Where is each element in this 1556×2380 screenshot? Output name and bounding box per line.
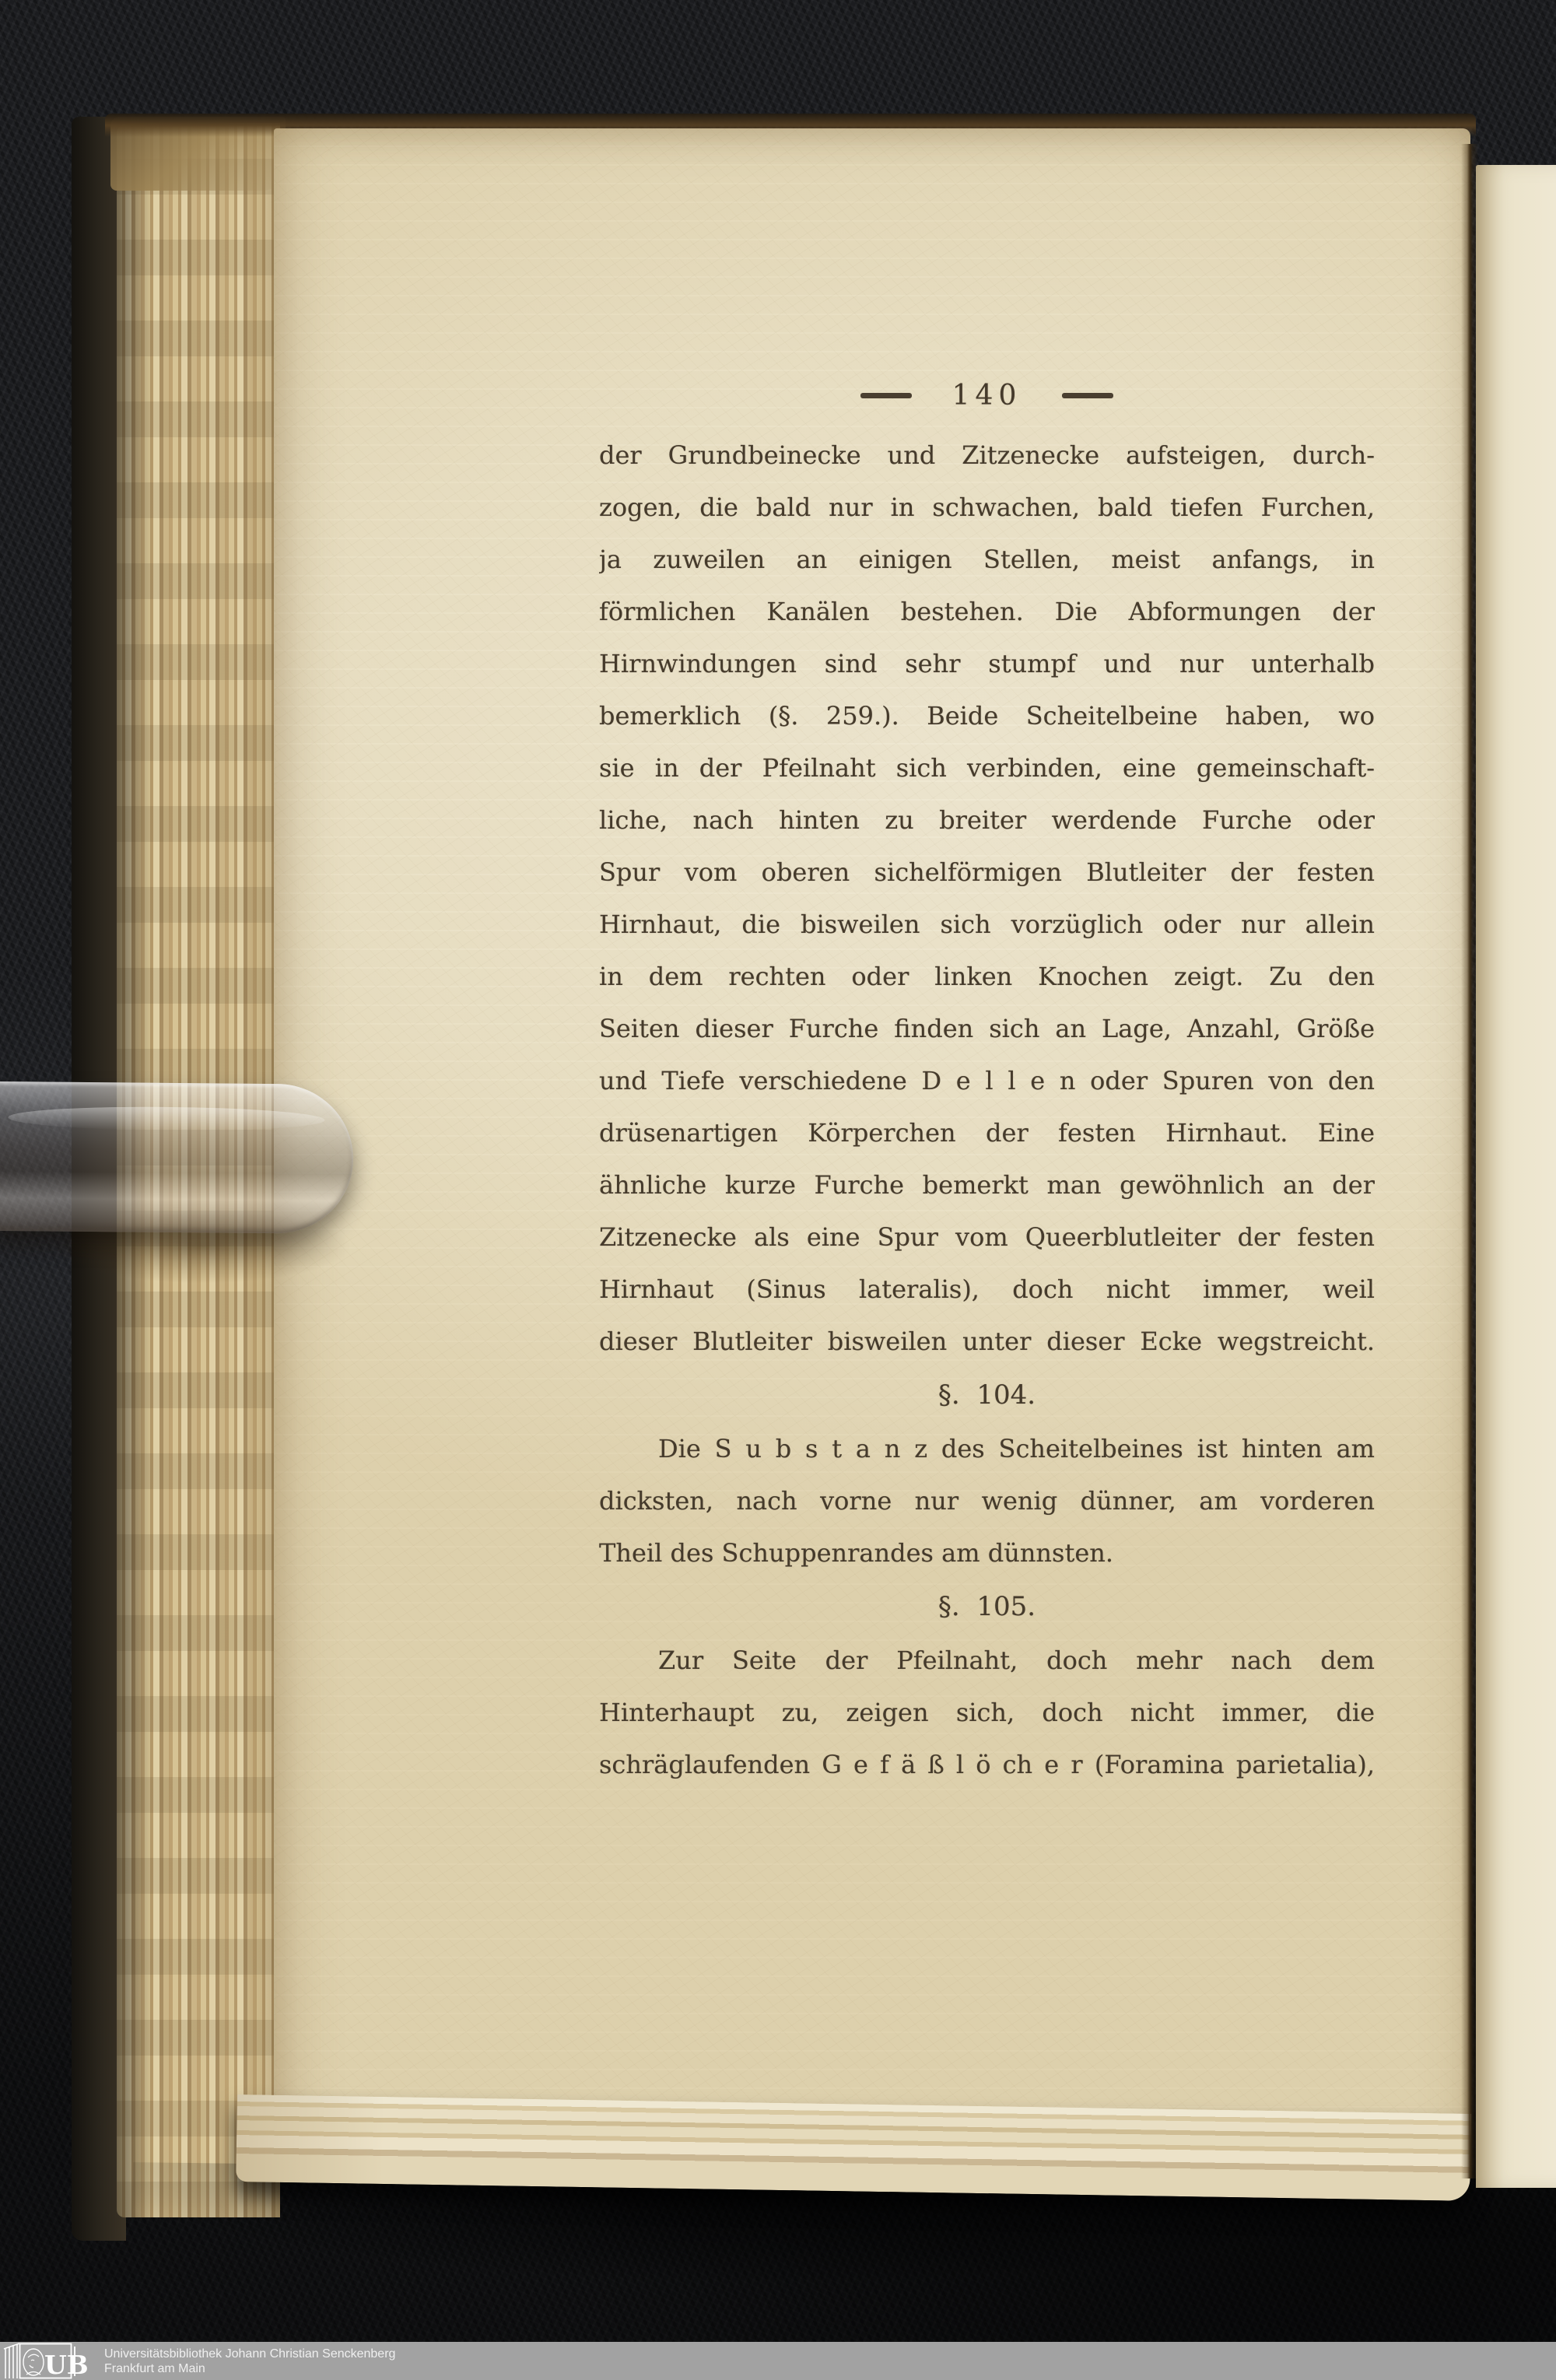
body-text-line: in dem rechten oder linken Knochen zeigt… — [599, 951, 1375, 1003]
logo-ub-text: UB — [44, 2350, 89, 2380]
body-text-line: drüsenartigen Körperchen der festen Hirn… — [599, 1107, 1375, 1159]
facing-page-sliver — [1476, 165, 1556, 2188]
library-location: Frankfurt am Main — [104, 2361, 395, 2376]
book-scan-viewport: 140 der Grundbeinecke und Zitzenecke auf… — [0, 0, 1556, 2380]
body-text-line: Hirnwindungen sind sehr stumpf und nur u… — [599, 638, 1375, 690]
body-text: der Grundbeinecke und Zitzenecke aufstei… — [599, 429, 1375, 1791]
body-text-line: schräglaufenden G e f ä ß l ö ch e r (Fo… — [599, 1739, 1375, 1791]
body-text-line: Seiten dieser Furche finden sich an Lage… — [599, 1003, 1375, 1055]
body-text-line: Hirnhaut (Sinus lateralis), doch nicht i… — [599, 1264, 1375, 1316]
library-watermark-bar: UB Universitätsbibliothek Johann Christi… — [0, 2342, 1556, 2380]
page-number-dash-right — [1062, 393, 1113, 398]
glass-page-weight-rod — [0, 1081, 354, 1234]
body-text-line: ähnliche kurze Furche bemerkt man gewöhn… — [599, 1159, 1375, 1211]
body-text-line: ja zuweilen an einigen Stellen, meist an… — [599, 534, 1375, 586]
body-text-line: sie in der Pfeilnaht sich verbinden, ein… — [599, 742, 1375, 794]
body-text-line: Hinterhaupt zu, zeigen sich, doch nicht … — [599, 1687, 1375, 1739]
page-number: 140 — [599, 362, 1375, 429]
body-text-line: Die S u b s t a n z des Scheitelbeines i… — [599, 1423, 1375, 1475]
book-page: 140 der Grundbeinecke und Zitzenecke auf… — [274, 128, 1470, 2153]
body-text-line: und Tiefe verschiedene D e l l e n oder … — [599, 1055, 1375, 1107]
body-text-line: bemerklich (§. 259.). Beide Scheitelbein… — [599, 690, 1375, 742]
body-text-line: Hirnhaut, die bisweilen sich vorzüglich … — [599, 899, 1375, 951]
body-text-line: Zur Seite der Pfeilnaht, doch mehr nach … — [599, 1635, 1375, 1687]
body-text-line: zogen, die bald nur in schwachen, bald t… — [599, 482, 1375, 534]
body-text-line: liche, nach hinten zu breiter werdende F… — [599, 794, 1375, 846]
page-number-value: 140 — [952, 380, 1022, 412]
body-text-line: Zitzenecke als eine Spur vom Queerblutle… — [599, 1211, 1375, 1264]
body-text-line: der Grundbeinecke und Zitzenecke aufstei… — [599, 429, 1375, 482]
library-logo-icon: UB — [3, 2342, 95, 2380]
body-text-line: förmlichen Kanälen bestehen. Die Abformu… — [599, 586, 1375, 638]
body-text-line: Theil des Schuppenrandes am dünnsten. — [599, 1527, 1375, 1579]
body-text-line: dieser Blutleiter bisweilen unter dieser… — [599, 1316, 1375, 1368]
body-text-line: Spur vom oberen sichelförmigen Blutleite… — [599, 846, 1375, 899]
library-name-block: Universitätsbibliothek Johann Christian … — [104, 2347, 395, 2376]
printed-text-block: 140 der Grundbeinecke und Zitzenecke auf… — [599, 362, 1375, 1791]
section-heading: §. 104. — [599, 1368, 1375, 1423]
section-heading: §. 105. — [599, 1579, 1375, 1635]
page-number-dash-left — [860, 393, 912, 398]
library-institution: Universitätsbibliothek Johann Christian … — [104, 2347, 395, 2361]
body-text-line: dicksten, nach vorne nur wenig dünner, a… — [599, 1475, 1375, 1527]
